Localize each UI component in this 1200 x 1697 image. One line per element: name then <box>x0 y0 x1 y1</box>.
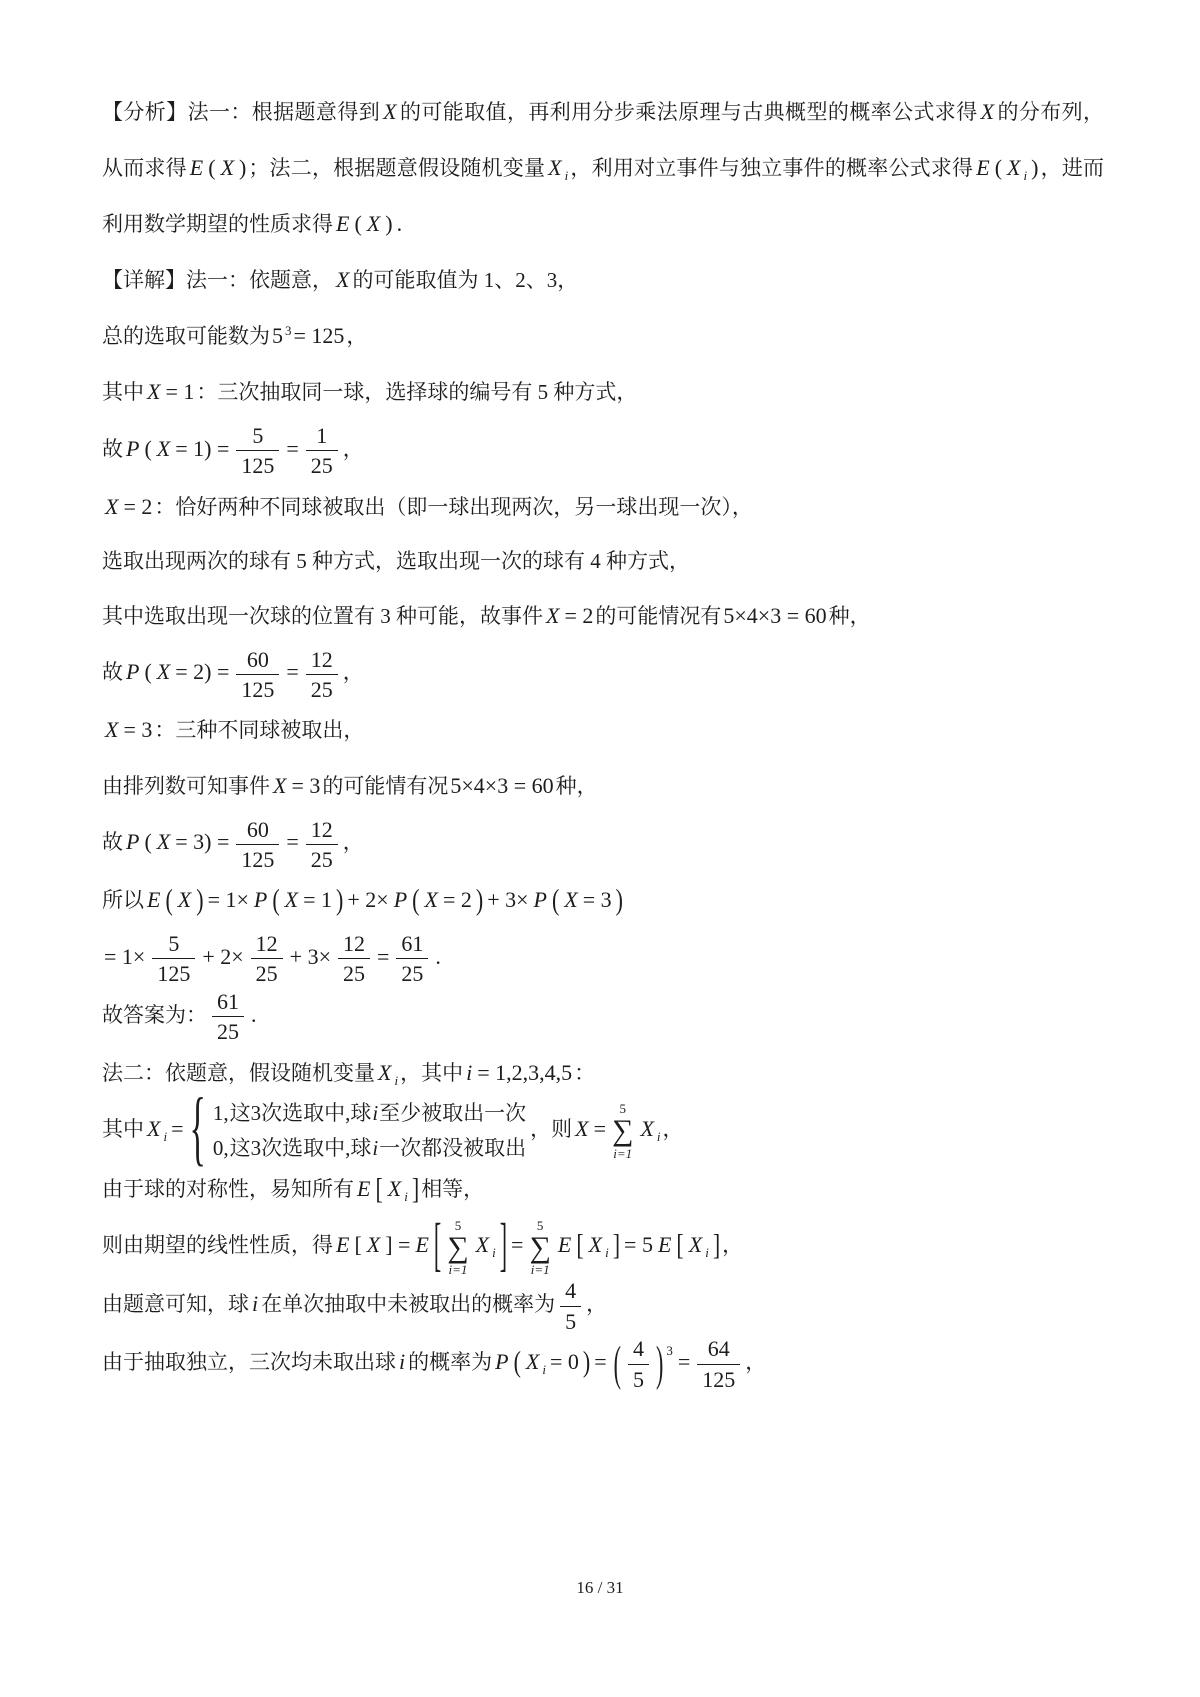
summation-upper: 5 <box>537 1219 544 1232</box>
sigma-icon: ∑ <box>447 1232 468 1264</box>
stretchy-delimiter: ] <box>500 1215 507 1274</box>
math-subscript: i <box>1023 168 1027 183</box>
paragraph: 其中Xi={1,这3次选取中,球i至少被取出一次0,这3次选取中,球i一次都没被… <box>102 1101 1104 1161</box>
math-subscript: i <box>542 1362 546 1377</box>
math-subscript: i <box>705 1245 709 1260</box>
text-run: 故答案为： <box>102 1003 207 1027</box>
text-run: ， <box>343 437 364 461</box>
fraction: 125 <box>306 423 338 479</box>
math-operator: ) <box>385 211 392 236</box>
fraction-numerator: 61 <box>396 931 428 959</box>
math-operator: = 0 <box>550 1349 579 1374</box>
math-variable: X <box>367 1232 380 1257</box>
math-variable: X <box>689 1232 702 1257</box>
left-paren: ( <box>614 1340 621 1388</box>
math-variable: P <box>394 887 407 912</box>
math-subscript: i <box>657 1129 661 1144</box>
math-variable: X <box>336 267 349 292</box>
text-run: ：三次抽取同一球，选择球的编号有 5 种方式， <box>196 380 637 404</box>
paragraph: X= 2：恰好两种不同球被取出（即一球出现两次，另一球出现一次）， <box>102 479 1104 535</box>
math-variable: X <box>388 1176 401 1201</box>
text-run: 故 <box>102 830 123 854</box>
fraction-denominator: 5 <box>560 1307 581 1334</box>
math-operator: = 3 <box>291 773 320 798</box>
fraction-denominator: 125 <box>236 845 279 872</box>
fraction-numerator: 61 <box>212 989 244 1017</box>
fraction-numerator: 12 <box>251 931 283 959</box>
math-operator: ) <box>1031 155 1038 180</box>
text-run: ， <box>586 1292 607 1316</box>
math-variable: P <box>126 659 139 684</box>
math-variable: X <box>476 1232 489 1257</box>
text-run: ， <box>722 1233 743 1257</box>
math-variable: X <box>367 211 380 236</box>
math-operator: = 125 <box>294 323 345 348</box>
fraction-numerator: 12 <box>338 931 370 959</box>
math-variable: X <box>147 1116 160 1141</box>
cases-expression: {1,这3次选取中,球i至少被取出一次0,这3次选取中,球i一次都没被取出 <box>190 1101 527 1161</box>
fraction-numerator: 60 <box>236 647 279 675</box>
fraction-denominator: 5 <box>628 1365 649 1392</box>
math-variable: i <box>399 1349 405 1374</box>
math-operator: ( <box>354 211 361 236</box>
fraction-denominator: 25 <box>306 845 338 872</box>
fraction: 45 <box>628 1336 649 1392</box>
text-run: ： <box>574 1061 595 1085</box>
document-body: 【分析】法一：根据题意得到X的可能取值，再利用分步乘法原理与古典概型的概率公式求… <box>102 84 1104 1392</box>
text-run: ， <box>663 1117 684 1141</box>
fraction: 60125 <box>236 647 279 703</box>
summation: 5∑i=1 <box>612 1102 633 1160</box>
math-operator: + 2× <box>202 944 243 969</box>
text-run: 这3次选取中,球 <box>230 1101 372 1125</box>
math-variable: E <box>336 211 349 236</box>
paragraph: 故P(X= 2) =60125=1225， <box>102 644 1104 702</box>
text-run: 相等， <box>421 1177 484 1201</box>
math-subscript: i <box>492 1245 496 1260</box>
math-operator: 0, <box>213 1136 229 1160</box>
math-subscript: i <box>163 1129 167 1144</box>
fraction-denominator: 125 <box>236 451 279 478</box>
math-variable: E <box>190 155 203 180</box>
text-run: 故 <box>102 660 123 684</box>
math-operator: = 1,2,3,4,5 <box>477 1060 572 1085</box>
math-variable: X <box>221 155 234 180</box>
paragraph: X= 3：三种不同球被取出， <box>102 702 1104 758</box>
math-variable: X <box>546 603 559 628</box>
math-operator: . <box>397 211 403 236</box>
cases-row: 0,这3次选取中,球i一次都没被取出 <box>212 1136 526 1161</box>
math-variable: E <box>415 1232 428 1257</box>
parenthesized-fraction: (45)3 <box>612 1336 673 1392</box>
text-run: 所以 <box>102 888 144 912</box>
math-variable: E <box>976 155 989 180</box>
text-run: 的可能取值，再利用分步乘法原理与古典概型的概率公式求得 <box>400 100 978 124</box>
fraction-denominator: 25 <box>306 675 338 702</box>
stretchy-delimiter: ] <box>613 1230 620 1260</box>
math-variable: X <box>548 155 561 180</box>
sigma-icon: ∑ <box>529 1232 550 1264</box>
text-run: ， <box>343 830 364 854</box>
fraction: 1225 <box>306 817 338 873</box>
text-run: 在单次抽取中未被取出的概率为 <box>261 1292 555 1316</box>
fraction-numerator: 64 <box>697 1336 740 1364</box>
stretchy-delimiter: [ <box>434 1215 441 1274</box>
exponent: 3 <box>666 1334 673 1367</box>
paragraph: = 1×5125+ 2×1225+ 3×1225=6125. <box>102 929 1104 987</box>
math-variable: X <box>640 1116 653 1141</box>
math-operator: . <box>435 944 441 969</box>
fraction-denominator: 125 <box>697 1365 740 1392</box>
math-variable: X <box>285 887 298 912</box>
text-run: ， <box>745 1350 766 1374</box>
text-run: 由于抽取独立，三次均未取出球 <box>102 1350 396 1374</box>
summation-lower: i=1 <box>613 1147 632 1160</box>
math-operator: = 2) = <box>175 659 229 684</box>
stretchy-delimiter: ) <box>476 886 483 916</box>
summation: 5∑i=1 <box>529 1219 550 1277</box>
math-variable: E <box>357 1176 370 1201</box>
cases-row: 1,这3次选取中,球i至少被取出一次 <box>212 1101 526 1126</box>
math-operator: = 2 <box>564 603 593 628</box>
text-run: 的可能取值为 1、2、3， <box>352 268 578 292</box>
text-run: ，利用对立事件与独立事件的概率公式求得 <box>570 156 973 180</box>
math-variable: X <box>157 436 170 461</box>
text-run: 的概率为 <box>408 1350 492 1374</box>
math-operator: 5 <box>272 323 283 348</box>
text-run: 种， <box>556 774 598 798</box>
paragraph: 其中X= 1：三次抽取同一球，选择球的编号有 5 种方式， <box>102 364 1104 420</box>
fraction-numerator: 60 <box>236 817 279 845</box>
fraction-denominator: 25 <box>212 1017 244 1044</box>
text-run: 选取出现两次的球有 5 种方式，选取出现一次的球有 4 种方式， <box>102 549 690 573</box>
math-variable: X <box>575 1116 588 1141</box>
math-variable: X <box>178 887 191 912</box>
text-run: 【详解】法一：依题意， <box>102 268 333 292</box>
paragraph: 法二：依题意，假设随机变量Xi，其中i= 1,2,3,4,5： <box>102 1045 1104 1101</box>
math-operator: + 2× <box>347 887 388 912</box>
fraction: 64125 <box>697 1336 740 1392</box>
stretchy-delimiter: ) <box>616 886 623 916</box>
paragraph: 其中选取出现一次球的位置有 3 种可能，故事件X= 2的可能情况有5×4×3 =… <box>102 588 1104 644</box>
math-variable: X <box>424 887 437 912</box>
paragraph: 【详解】法一：依题意，X的可能取值为 1、2、3， <box>102 252 1104 308</box>
math-variable: X <box>105 494 118 519</box>
paragraph: 故答案为：6125. <box>102 987 1104 1045</box>
text-run: ；法二，根据题意假设随机变量 <box>248 156 545 180</box>
text-run: 由排列数可知事件 <box>102 774 270 798</box>
math-variable: X <box>1007 155 1020 180</box>
document-page: 【分析】法一：根据题意得到X的可能取值，再利用分步乘法原理与古典概型的概率公式求… <box>0 0 1200 1697</box>
text-run: 故 <box>102 437 123 461</box>
text-run: 由题意可知，球 <box>102 1292 249 1316</box>
math-variable: X <box>157 659 170 684</box>
sigma-icon: ∑ <box>612 1115 633 1147</box>
fraction: 6125 <box>396 931 428 987</box>
text-run: 的可能情有况 <box>322 774 448 798</box>
fraction: 5125 <box>152 931 195 987</box>
fraction-denominator: 25 <box>396 959 428 986</box>
fraction-denominator: 125 <box>236 675 279 702</box>
paragraph: 选取出现两次的球有 5 种方式，选取出现一次的球有 4 种方式， <box>102 535 1104 589</box>
math-variable: P <box>254 887 267 912</box>
paragraph: 由于球的对称性，易知所有E[Xi]相等， <box>102 1161 1104 1217</box>
math-variable: E <box>336 1232 349 1257</box>
left-brace-icon: { <box>190 1089 206 1172</box>
math-operator: ) <box>239 155 246 180</box>
math-operator: 5×4×3 = 60 <box>723 603 826 628</box>
math-variable: i <box>252 1291 258 1316</box>
stretchy-delimiter: ( <box>165 886 172 916</box>
math-variable: X <box>147 379 160 404</box>
text-run: ：三种不同球被取出， <box>154 718 364 742</box>
text-run: 由于球的对称性，易知所有 <box>102 1177 354 1201</box>
math-variable: X <box>981 99 994 124</box>
text-run: 这3次选取中,球 <box>230 1136 372 1160</box>
fraction: 60125 <box>236 817 279 873</box>
summation-upper: 5 <box>455 1219 462 1232</box>
fraction-numerator: 12 <box>306 647 338 675</box>
stretchy-delimiter: ] <box>412 1174 419 1204</box>
fraction: 6125 <box>212 989 244 1045</box>
text-run: 至少被取出一次 <box>379 1101 526 1125</box>
math-operator: = 2 <box>443 887 472 912</box>
text-run: ， <box>346 324 367 348</box>
paragraph: 故P(X= 1) =5125=125， <box>102 421 1104 479</box>
stretchy-delimiter: [ <box>375 1174 382 1204</box>
math-operator: [ <box>354 1232 361 1257</box>
summation-lower: i=1 <box>449 1263 468 1276</box>
math-variable: E <box>558 1232 571 1257</box>
math-variable: X <box>564 887 577 912</box>
math-operator: . <box>251 1002 257 1027</box>
math-variable: X <box>273 773 286 798</box>
stretchy-delimiter: ] <box>713 1230 720 1260</box>
page-footer: 16 / 31 <box>0 1578 1200 1598</box>
fraction-numerator: 1 <box>306 423 338 451</box>
math-variable: P <box>126 829 139 854</box>
paragraph: 所以E(X)= 1×P(X= 1)+ 2×P(X= 2)+ 3×P(X= 3) <box>102 872 1104 928</box>
fraction-numerator: 12 <box>306 817 338 845</box>
math-operator: 5×4×3 = 60 <box>450 773 553 798</box>
right-paren: ) <box>656 1340 663 1388</box>
math-operator: = 3 <box>583 887 612 912</box>
stretchy-delimiter: ( <box>412 886 419 916</box>
paragraph: 则由期望的线性性质，得E[X] =E[5∑i=1Xi]=5∑i=1E[Xi]= … <box>102 1217 1104 1276</box>
math-variable: X <box>105 717 118 742</box>
text-run: ，则 <box>530 1117 572 1141</box>
stretchy-delimiter: [ <box>676 1230 683 1260</box>
math-operator: = 3) = <box>175 829 229 854</box>
math-variable: X <box>157 829 170 854</box>
stretchy-delimiter: ( <box>552 886 559 916</box>
stretchy-delimiter: ) <box>196 886 203 916</box>
math-variable: i <box>372 1101 378 1125</box>
stretchy-delimiter: ) <box>583 1347 590 1377</box>
math-variable: X <box>378 1060 391 1085</box>
text-run: 则由期望的线性性质，得 <box>102 1233 333 1257</box>
math-operator: + 3× <box>290 944 331 969</box>
math-operator: = <box>377 944 389 969</box>
text-run: 的可能情况有 <box>595 604 721 628</box>
paragraph: 由题意可知，球i在单次抽取中未被取出的概率为45， <box>102 1276 1104 1334</box>
math-operator: ( <box>144 436 151 461</box>
math-operator: = 1× <box>208 887 249 912</box>
math-operator: = 2 <box>123 494 152 519</box>
math-operator: = 1 <box>303 887 332 912</box>
math-operator: = 1 <box>165 379 194 404</box>
fraction: 45 <box>560 1278 581 1334</box>
text-run: ， <box>343 660 364 684</box>
math-operator: = 1) = <box>175 436 229 461</box>
paragraph: 故P(X= 3) =60125=1225， <box>102 814 1104 872</box>
stretchy-delimiter: ) <box>336 886 343 916</box>
math-operator: = <box>286 436 298 461</box>
math-variable: P <box>534 887 547 912</box>
text-run: 一次都没被取出 <box>379 1136 526 1160</box>
math-variable: i <box>466 1060 472 1085</box>
math-operator: = <box>171 1116 183 1141</box>
paragraph: 由排列数可知事件X= 3的可能情有况5×4×3 = 60种， <box>102 758 1104 814</box>
math-subscript: i <box>565 168 569 183</box>
fraction: 5125 <box>236 423 279 479</box>
text-run: ，其中 <box>400 1061 463 1085</box>
math-operator: = <box>286 659 298 684</box>
cases-rows: 1,这3次选取中,球i至少被取出一次0,这3次选取中,球i一次都没被取出 <box>212 1101 526 1161</box>
text-run: 总的选取可能数为 <box>102 324 270 348</box>
math-operator: ( <box>144 659 151 684</box>
fraction-denominator: 25 <box>306 451 338 478</box>
fraction-numerator: 4 <box>560 1278 581 1306</box>
stretchy-delimiter: ( <box>272 886 279 916</box>
paragraph: 【分析】法一：根据题意得到X的可能取值，再利用分步乘法原理与古典概型的概率公式求… <box>102 84 1104 252</box>
math-operator: 1, <box>213 1101 229 1125</box>
fraction-denominator: 25 <box>338 959 370 986</box>
math-superscript: 3 <box>285 323 292 338</box>
math-variable: X <box>383 99 396 124</box>
math-operator: ( <box>208 155 215 180</box>
text-run: ：恰好两种不同球被取出（即一球出现两次，另一球出现一次）， <box>154 495 753 519</box>
math-subscript: i <box>605 1245 609 1260</box>
fraction-numerator: 4 <box>628 1336 649 1364</box>
math-variable: X <box>526 1349 539 1374</box>
summation: 5∑i=1 <box>447 1219 468 1277</box>
math-operator: = 3 <box>123 717 152 742</box>
fraction-numerator: 5 <box>236 423 279 451</box>
math-variable: i <box>372 1136 378 1160</box>
math-subscript: i <box>394 1073 398 1088</box>
math-operator: = <box>678 1349 690 1374</box>
math-operator: = <box>594 1116 606 1141</box>
text-run: 种， <box>829 604 871 628</box>
math-variable: X <box>589 1232 602 1257</box>
text-run: 其中 <box>102 1117 144 1141</box>
math-operator: + 3× <box>487 887 528 912</box>
fraction-denominator: 25 <box>251 959 283 986</box>
paragraph: 由于抽取独立，三次均未取出球i的概率为P(Xi= 0)=(45)3=64125， <box>102 1334 1104 1392</box>
fraction: 1225 <box>338 931 370 987</box>
fraction-denominator: 125 <box>152 959 195 986</box>
math-variable: E <box>147 887 160 912</box>
math-variable: P <box>495 1349 508 1374</box>
math-variable: E <box>658 1232 671 1257</box>
paragraph: 总的选取可能数为53= 125， <box>102 308 1104 364</box>
math-operator: = 5 <box>624 1232 653 1257</box>
math-subscript: i <box>404 1189 408 1204</box>
stretchy-delimiter: [ <box>576 1230 583 1260</box>
math-variable: P <box>126 436 139 461</box>
math-operator: ( <box>144 829 151 854</box>
summation-lower: i=1 <box>531 1263 550 1276</box>
fraction: 1225 <box>306 647 338 703</box>
math-operator: ( <box>995 155 1002 180</box>
fraction: 1225 <box>251 931 283 987</box>
stretchy-delimiter: ( <box>514 1347 521 1377</box>
text-run: 其中 <box>102 380 144 404</box>
math-operator: = 1× <box>104 944 145 969</box>
math-operator: = <box>511 1232 523 1257</box>
text-run: 其中选取出现一次球的位置有 3 种可能，故事件 <box>102 604 543 628</box>
math-operator: = <box>286 829 298 854</box>
text-run: 法二：依题意，假设随机变量 <box>102 1061 375 1085</box>
math-operator: ] = <box>385 1232 410 1257</box>
math-operator: = <box>594 1349 606 1374</box>
fraction-numerator: 5 <box>152 931 195 959</box>
text-run: 【分析】法一：根据题意得到 <box>102 100 380 124</box>
